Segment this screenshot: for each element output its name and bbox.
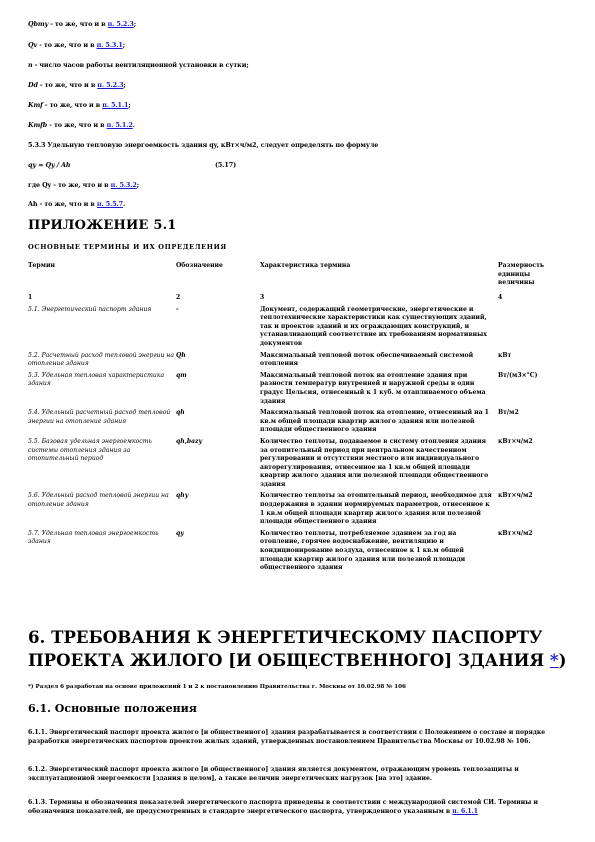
formula: qy = Qy / Ah (5.17) [28, 161, 568, 169]
paragraph-6-1-3: 6.1.3. Термины и обозначения показателей… [28, 798, 568, 816]
clause-link[interactable]: п. 5.5.7 [97, 200, 123, 208]
table-row: 5.3. Удельная тепловая характеристика зд… [28, 372, 568, 409]
clause-link[interactable]: п. 6.1.1 [452, 808, 478, 815]
table-row: 5.1. Энергетический паспорт здания - Док… [28, 306, 568, 352]
footnote-text: *) Раздел 6 разработан на основе приложе… [28, 684, 406, 690]
table-row: 5.2. Расчетный расход тепловой энергии н… [28, 352, 568, 372]
table-header-row: Термин Обозначение Характеристика термин… [28, 262, 568, 294]
header-cell: Обозначение [176, 262, 260, 294]
section-6-1-title: 6.1. Основные положения [28, 702, 197, 715]
terms-table: Термин Обозначение Характеристика термин… [28, 262, 568, 576]
section-6-title: 6. ТРЕБОВАНИЯ К ЭНЕРГЕТИЧЕСКОМУ ПАСПОРТУ… [28, 626, 573, 672]
paragraph-6-1-2: 6.1.2. Энергетический паспорт проекта жи… [28, 765, 568, 783]
clause-link[interactable]: п. 5.3.2 [111, 181, 137, 189]
definition-line: Dd - то же, что и в п. 5.2.3; [28, 81, 126, 89]
definition-line: Kmf - то же, что и в п. 5.1.1; [28, 101, 131, 109]
table-number-row: 1 2 3 4 [28, 294, 568, 306]
clause-link[interactable]: п. 5.1.2 [107, 121, 133, 129]
clause-link[interactable]: п. 5.3.1 [97, 41, 123, 49]
appendix-title: ПРИЛОЖЕНИЕ 5.1 [28, 218, 177, 233]
paragraph-6-1-1: 6.1.1. Энергетический паспорт проекта жи… [28, 728, 568, 746]
table-row: 5.5. Базовая удельная энергоемкость сист… [28, 438, 568, 493]
formula-number: (5.17) [215, 161, 236, 169]
clause-link[interactable]: п. 5.1.1 [102, 101, 128, 109]
definition-line: n - число часов работы вентиляционной ус… [28, 61, 249, 69]
header-cell: Размерность единицы величины [498, 262, 568, 294]
footnote-link[interactable]: * [550, 650, 559, 670]
table-row: 5.6. Удельный расход тепловой энергии на… [28, 492, 568, 529]
header-cell: Характеристика термина [260, 262, 498, 294]
definition-line: Qbmy - то же, что и в п. 5.2.3; [28, 20, 136, 28]
header-cell: Термин [28, 262, 176, 294]
formula-expression: qy = Qy / Ah [28, 161, 70, 169]
clause-link[interactable]: п. 5.2.3 [97, 81, 123, 89]
appendix-subtitle: ОСНОВНЫЕ ТЕРМИНЫ И ИХ ОПРЕДЕЛЕНИЯ [28, 243, 227, 251]
clause-5-3-3: 5.3.3 Удельную тепловую энергоемкость зд… [28, 141, 378, 149]
table-row: 5.7. Удельная тепловая энергоемкость зда… [28, 530, 568, 576]
clause-link[interactable]: п. 5.2.3 [108, 20, 134, 28]
where-line: Ah - то же, что и в п. 5.5.7. [28, 200, 125, 208]
definition-line: Qv - то же, что и в п. 5.3.1; [28, 41, 125, 49]
definition-line: Kmfb - то же, что и в п. 5.1.2. [28, 121, 135, 129]
where-line: где Qy - то же, что и в п. 5.3.2; [28, 181, 139, 189]
table-row: 5.4. Удельный расчетный расход тепловой … [28, 409, 568, 438]
